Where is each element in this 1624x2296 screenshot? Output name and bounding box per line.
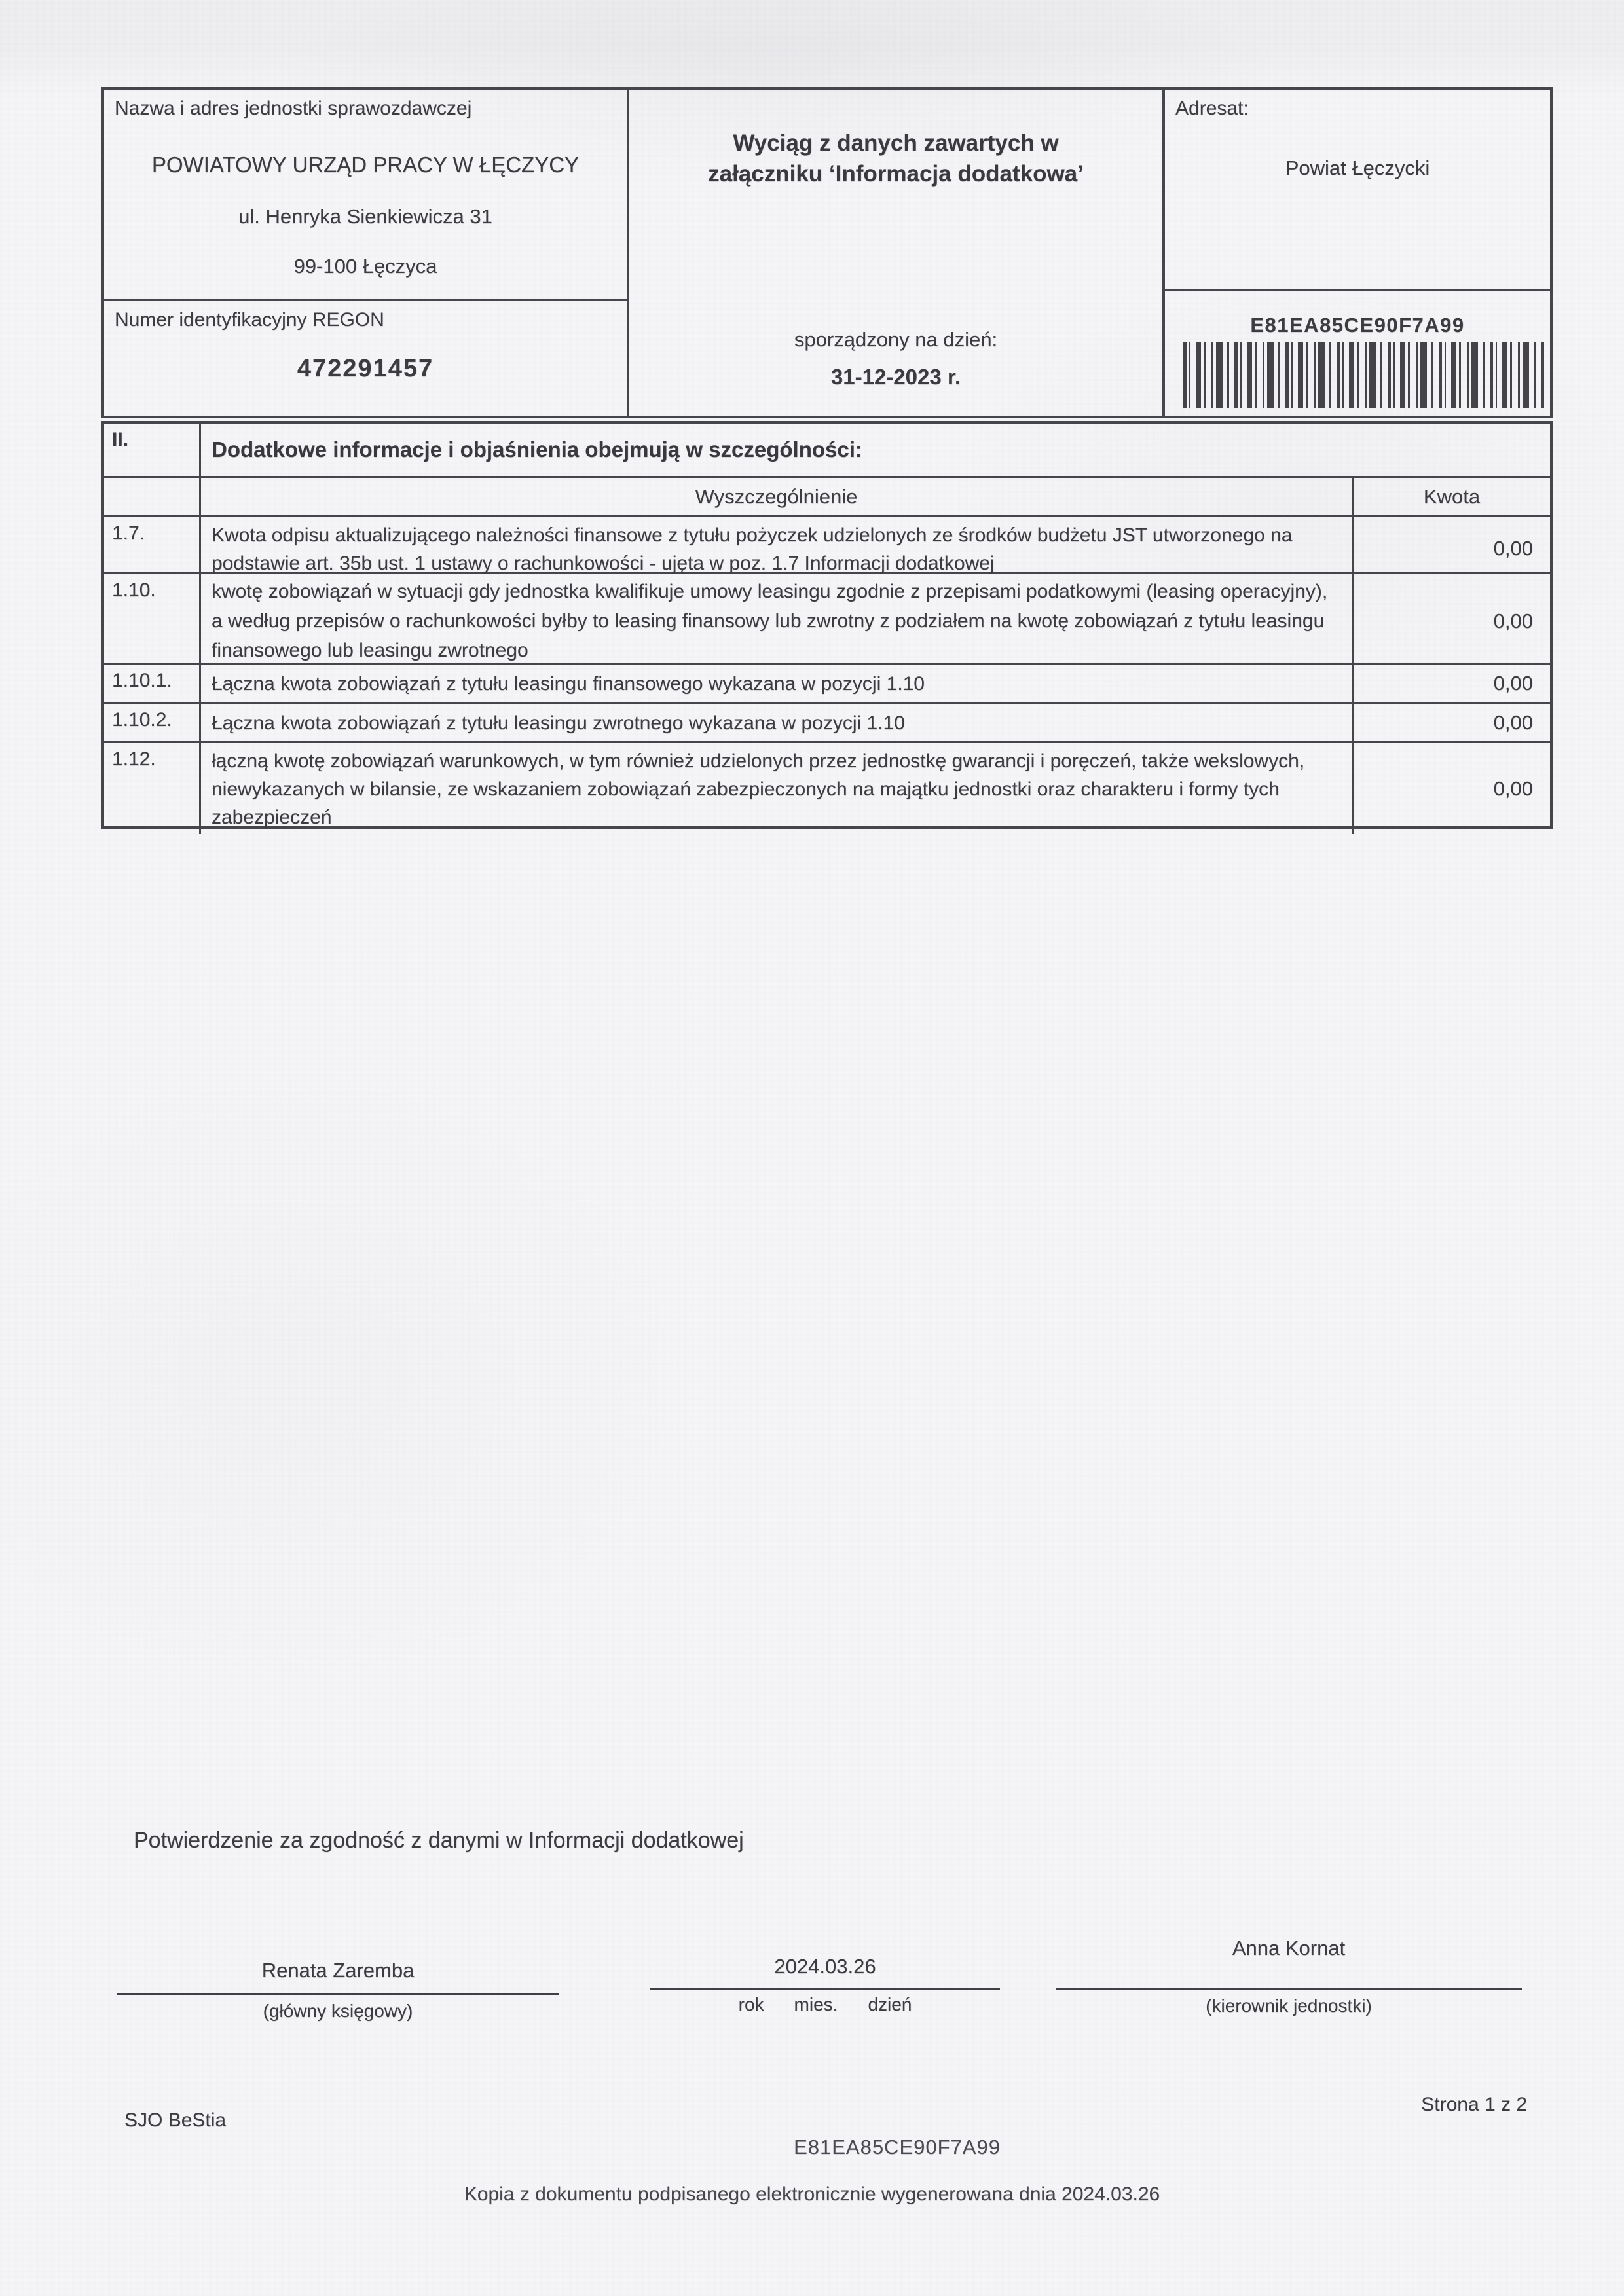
row-number: 1.10.1.	[104, 665, 199, 702]
date-part-day: dzień	[868, 1994, 912, 2015]
header-table: Nazwa i adres jednostki sprawozdawczej P…	[101, 87, 1553, 418]
reporting-unit-box: Nazwa i adres jednostki sprawozdawczej P…	[104, 90, 627, 416]
reporting-unit-section: Nazwa i adres jednostki sprawozdawczej P…	[104, 90, 627, 299]
regon-value: 472291457	[104, 355, 627, 383]
signatory-role: (główny księgowy)	[117, 2001, 559, 2022]
column-header-row: Wyszczególnienie Kwota	[104, 476, 1550, 515]
row-number: 1.10.2.	[104, 704, 199, 741]
row-amount: 0,00	[1352, 665, 1550, 702]
row-amount: 0,00	[1352, 743, 1550, 834]
addressee-label: Adresat:	[1175, 98, 1249, 120]
reporting-unit-label: Nazwa i adres jednostki sprawozdawczej	[115, 98, 471, 120]
addressee-section: Adresat: Powiat Łęczycki	[1165, 90, 1550, 289]
barcode	[1183, 342, 1547, 408]
section-title: Dodatkowe informacje i objaśnienia obejm…	[199, 424, 1550, 476]
date-part-labels: rok mies. dzień	[650, 1994, 1000, 2015]
signature-line	[650, 1988, 1000, 1990]
date-part-month: mies.	[794, 1994, 838, 2015]
document-code: E81EA85CE90F7A99	[1165, 314, 1550, 337]
addressee-value: Powiat Łęczycki	[1165, 156, 1550, 180]
signature-block-manager: Anna Kornat (kierownik jednostki)	[1056, 1937, 1522, 2016]
row-description: Łączna kwota zobowiązań z tytułu leasing…	[199, 665, 1352, 702]
barcode-section: E81EA85CE90F7A99	[1165, 289, 1550, 416]
details-table: II. Dodatkowe informacje i objaśnienia o…	[101, 421, 1553, 829]
row-description: Kwota odpisu aktualizującego należności …	[199, 517, 1352, 580]
signature-date: 2024.03.26	[650, 1955, 1000, 1978]
signatory-name: Renata Zaremba	[117, 1959, 559, 1982]
footer-app-name: SJO BeStia	[124, 2109, 226, 2132]
signature-line	[117, 1993, 559, 1995]
document-title: Wyciąg z danych zawartych w załączniku ‘…	[629, 128, 1162, 189]
prepared-on-label: sporządzony na dzień:	[629, 328, 1162, 352]
table-row: 1.12. łączną kwotę zobowiązań warunkowyc…	[104, 741, 1550, 826]
section-header-row: II. Dodatkowe informacje i objaśnienia o…	[104, 424, 1550, 476]
document-title-box: Wyciąg z danych zawartych w załączniku ‘…	[627, 90, 1165, 416]
footer-page-number: Strona 1 z 2	[1421, 2094, 1527, 2116]
table-row: 1.10.2. Łączna kwota zobowiązań z tytułu…	[104, 702, 1550, 741]
reporting-unit-city: 99-100 Łęczyca	[104, 255, 627, 278]
row-description: łączną kwotę zobowiązań warunkowych, w t…	[199, 743, 1352, 834]
column-header-amount: Kwota	[1352, 478, 1550, 515]
footer-copy-note: Kopia z dokumentu podpisanego elektronic…	[0, 2183, 1624, 2206]
table-row: 1.10.1. Łączna kwota zobowiązań z tytułu…	[104, 663, 1550, 702]
table-row: 1.10. kwotę zobowiązań w sytuacji gdy je…	[104, 572, 1550, 663]
row-amount: 0,00	[1352, 574, 1550, 668]
regon-label: Numer identyfikacyjny REGON	[115, 309, 384, 331]
column-header-empty	[104, 478, 199, 515]
addressee-box: Adresat: Powiat Łęczycki E81EA85CE90F7A9…	[1165, 90, 1550, 416]
signature-block-date: 2024.03.26 rok mies. dzień	[650, 1955, 1000, 2015]
column-header-detail: Wyszczególnienie	[199, 478, 1352, 515]
table-row: 1.7. Kwota odpisu aktualizującego należn…	[104, 515, 1550, 572]
row-number: 1.12.	[104, 743, 199, 834]
signatory-name: Anna Kornat	[1056, 1937, 1522, 1960]
reporting-unit-street: ul. Henryka Sienkiewicza 31	[104, 205, 627, 228]
signature-line	[1056, 1988, 1522, 1990]
row-amount: 0,00	[1352, 517, 1550, 580]
document-title-line2: załączniku ‘Informacja dodatkowa’	[629, 158, 1162, 189]
footer-document-code: E81EA85CE90F7A99	[170, 2136, 1624, 2159]
document-page: Nazwa i adres jednostki sprawozdawczej P…	[0, 0, 1624, 2296]
row-number: 1.7.	[104, 517, 199, 580]
row-description: kwotę zobowiązań w sytuacji gdy jednostk…	[199, 574, 1352, 668]
row-amount: 0,00	[1352, 704, 1550, 741]
row-description: Łączna kwota zobowiązań z tytułu leasing…	[199, 704, 1352, 741]
prepared-on-date: 31-12-2023 r.	[629, 365, 1162, 390]
section-number: II.	[104, 424, 199, 476]
confirmation-statement: Potwierdzenie za zgodność z danymi w Inf…	[134, 1828, 744, 1853]
signatory-role: (kierownik jednostki)	[1056, 1995, 1522, 2016]
document-title-line1: Wyciąg z danych zawartych w	[629, 128, 1162, 158]
row-number: 1.10.	[104, 574, 199, 668]
signature-block-accountant: Renata Zaremba (główny księgowy)	[117, 1959, 559, 2022]
reporting-unit-name: POWIATOWY URZĄD PRACY W ŁĘCZYCY	[104, 153, 627, 177]
regon-section: Numer identyfikacyjny REGON 472291457	[104, 299, 627, 416]
date-part-year: rok	[739, 1994, 764, 2015]
